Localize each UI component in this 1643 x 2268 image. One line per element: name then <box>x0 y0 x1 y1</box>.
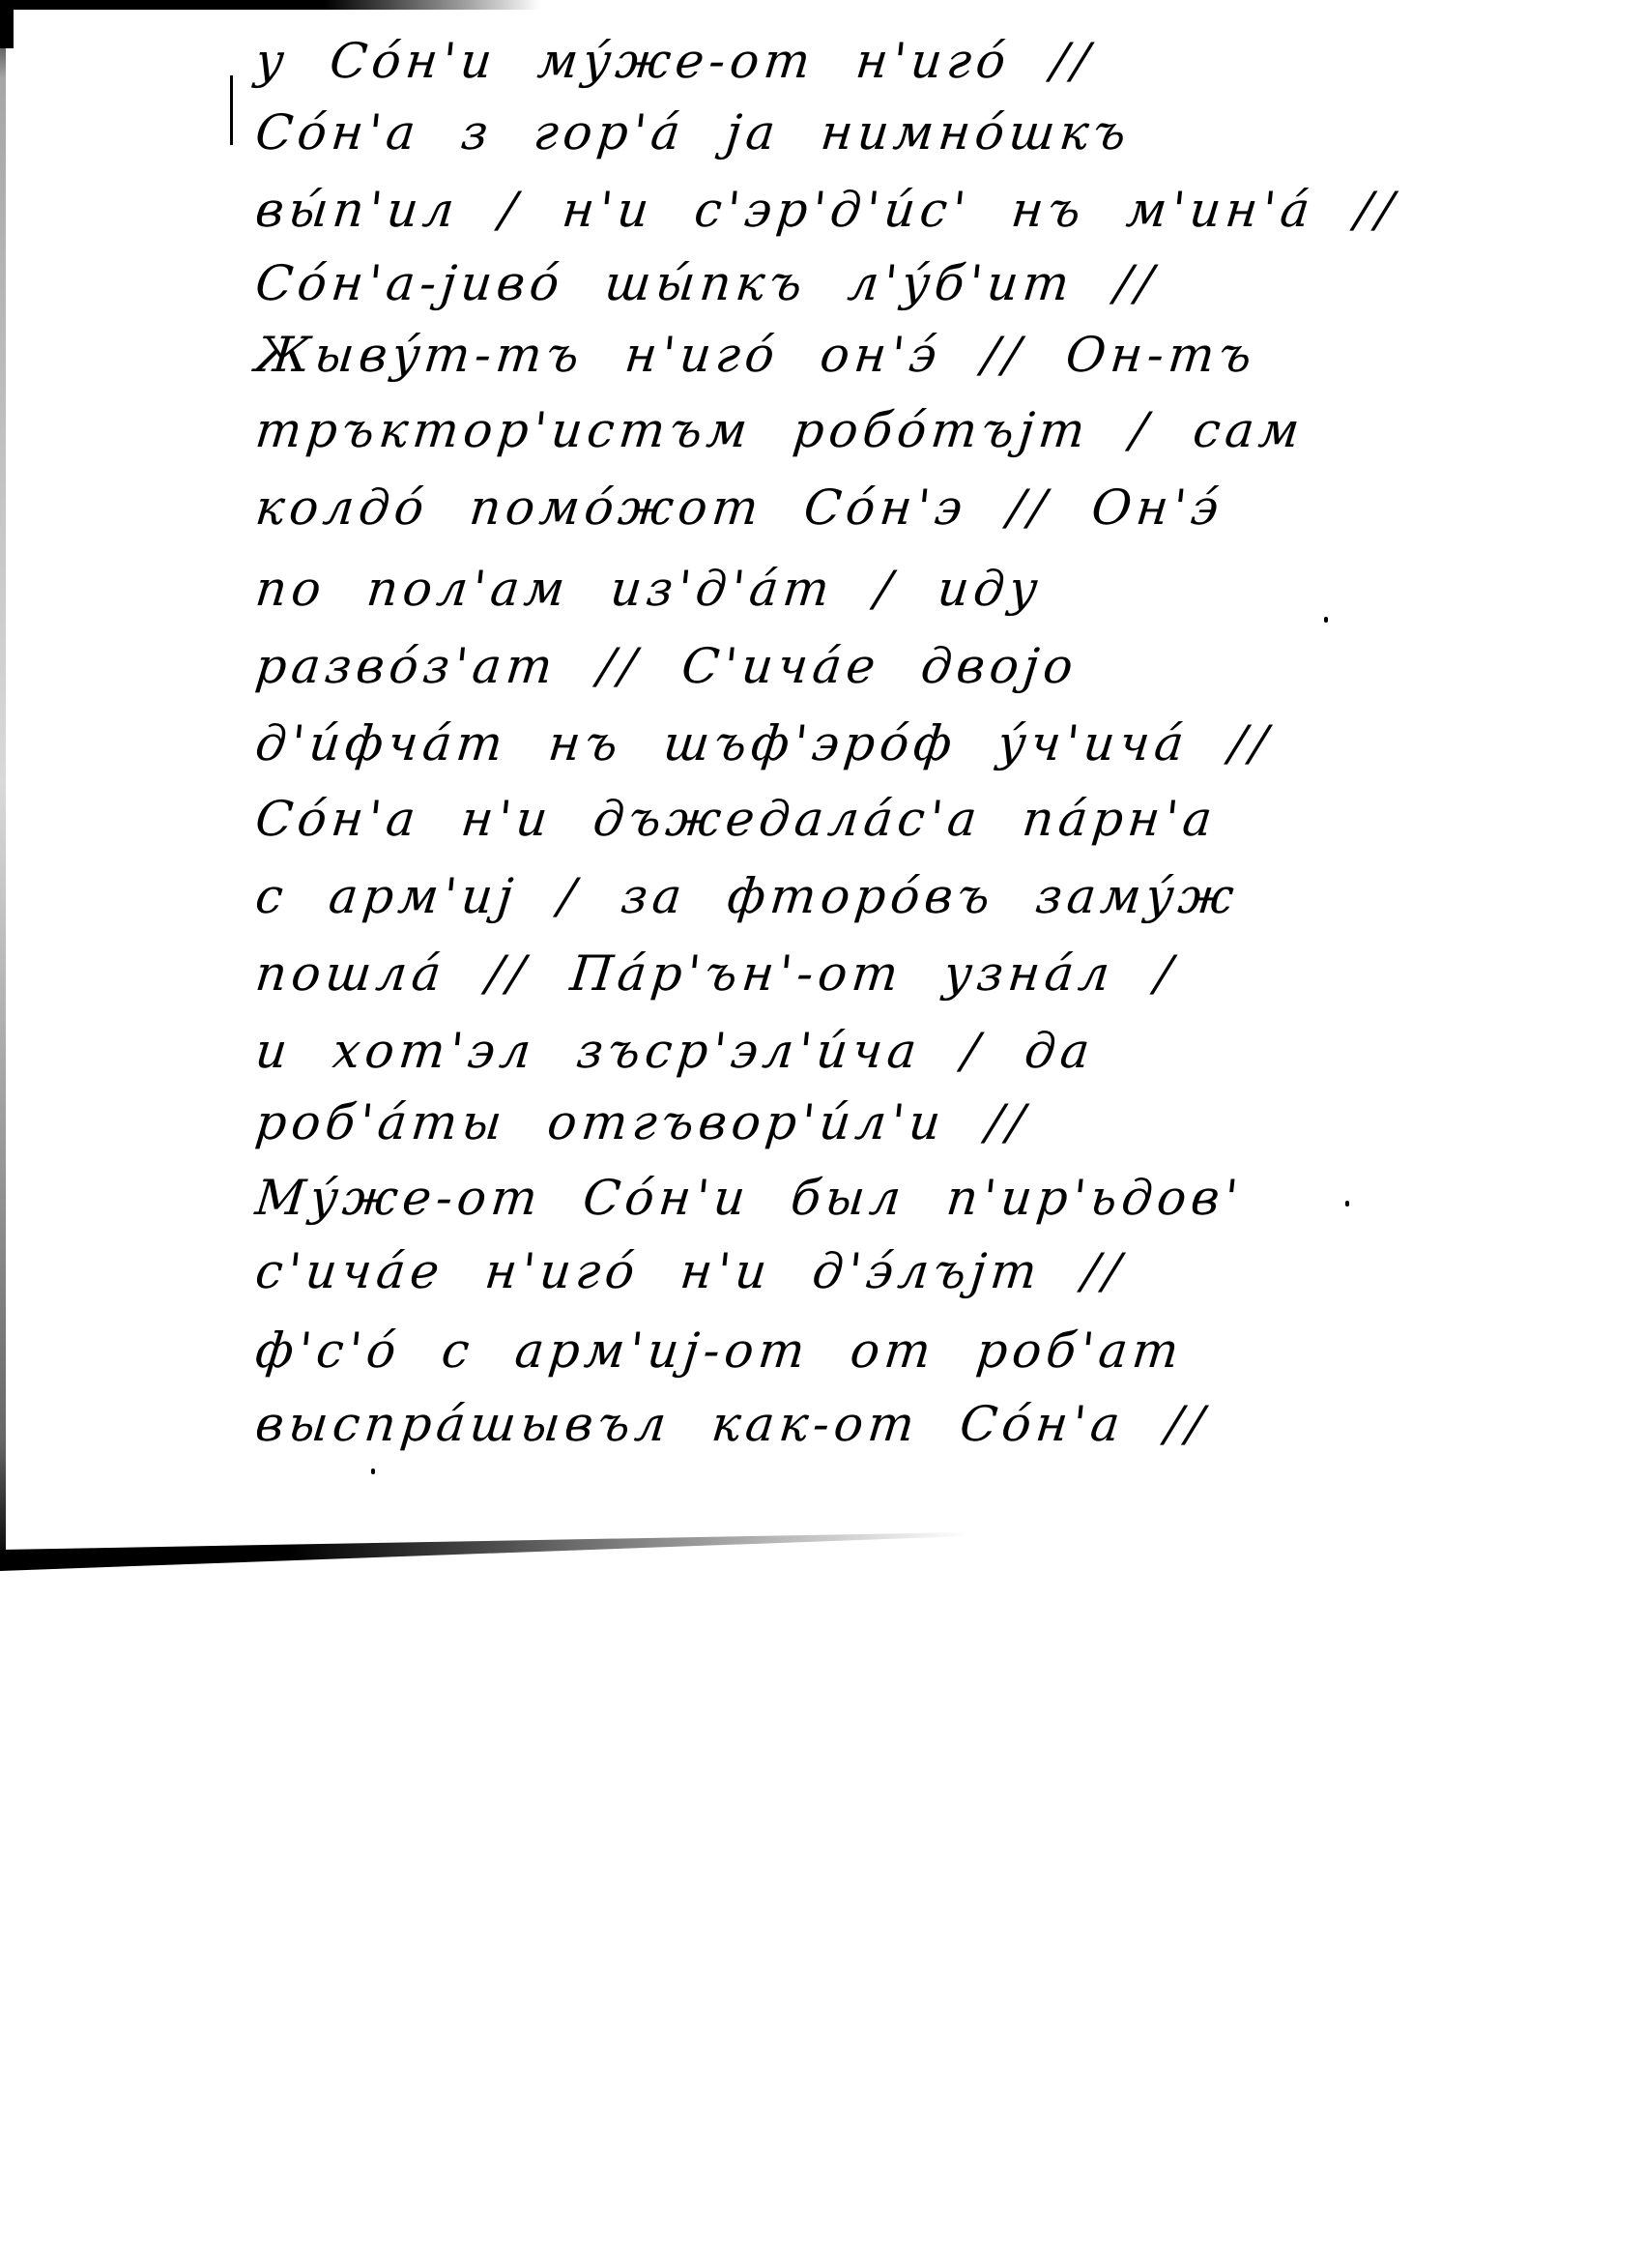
handwritten-line-10: д'и́фча́т нъ шъф'эро́ф у́ч'ича́ // <box>253 719 1275 768</box>
handwritten-line-13: пошла́ // Па́р'ън'-от узна́л / <box>253 949 1179 998</box>
scan-top-border <box>0 0 541 10</box>
handwritten-line-1: у Со́н'и му́же-от н'иго́ // <box>253 37 1096 85</box>
handwritten-line-17: с'ича́е н'иго́ н'и д'э́лъјт // <box>253 1247 1128 1295</box>
handwritten-line-15: роб'а́ты отгъвор'и́л'и // <box>253 1098 1031 1147</box>
handwritten-line-16: Му́же-от Со́н'и был п'ир'ьдов' <box>253 1174 1245 1222</box>
handwritten-line-14: и хот'эл зъср'эл'и́ча / да <box>253 1027 1097 1075</box>
scanned-page: у Со́н'и му́же-от н'иго́ // Со́н'а з гор… <box>0 0 1643 2268</box>
handwritten-line-4: Со́н'а-јиво́ шы́пкъ л'у́б'ит // <box>253 259 1160 307</box>
handwritten-line-2: Со́н'а з гор'а́ ја нимно́шкъ <box>253 108 1133 157</box>
handwritten-line-11: Со́н'а н'и дъжедала́с'а па́рн'а <box>253 795 1219 843</box>
handwritten-line-19: выспра́шывъл как-от Со́н'а // <box>253 1400 1211 1448</box>
handwritten-line-6: тръктор'истъм робо́тъјт / сам <box>253 406 1307 454</box>
handwritten-line-12: с арм'иј / за фторо́въ заму́ж <box>253 872 1241 920</box>
handwritten-line-7: колдо́ помо́жот Со́н'э // Он'э́ <box>253 483 1225 532</box>
handwritten-line-8: по пол'ам из'д'а́т / иду <box>253 565 1045 613</box>
handwritten-line-5: Жывýт-тъ н'иго́ он'э́ // Он-тъ <box>253 331 1258 379</box>
margin-mark <box>230 75 233 145</box>
stray-ink-dot <box>371 1468 375 1474</box>
stray-ink-dot <box>1324 617 1328 623</box>
handwritten-line-18: ф'с'о́ с арм'иј-от от роб'ат <box>253 1326 1186 1375</box>
scan-left-edge <box>0 0 6 1566</box>
handwritten-line-9: развóз'ат // С'ича́е двојо <box>253 642 1080 690</box>
stray-ink-dot <box>1345 1201 1349 1207</box>
handwritten-line-3: вы́п'ил / н'и с'эр'д'и́с' нъ м'ин'а́ // <box>253 186 1400 234</box>
scan-bottom-border <box>0 1532 966 1571</box>
